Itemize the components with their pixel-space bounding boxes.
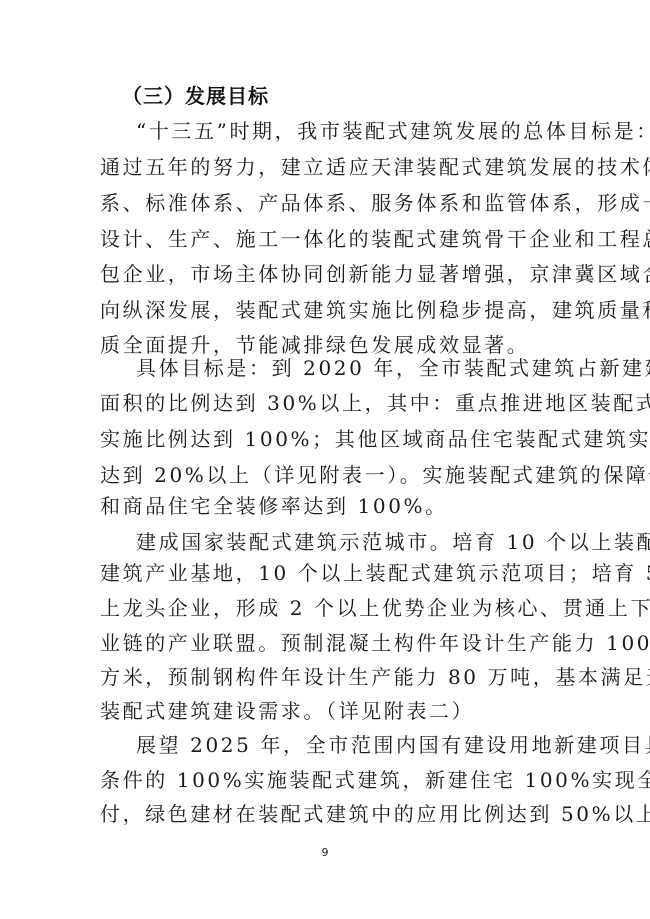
text-line: 系、标准体系、产品体系、服务体系和监管体系，形成一批 [100, 188, 552, 218]
text-line: 面积的比例达到 30%以上，其中：重点推进地区装配式建筑 [100, 388, 552, 418]
text-line: “十三五”时期，我市装配式建筑发展的总体目标是： [136, 116, 551, 146]
text-line: 设计、生产、施工一体化的装配式建筑骨干企业和工程总承 [100, 224, 552, 254]
text-line: 建筑产业基地，10 个以上装配式建筑示范项目；培育 5 家以 [100, 558, 552, 588]
text-line: 包企业，市场主体协同创新能力显著增强，京津冀区域合作 [100, 259, 552, 289]
page-number: 9 [315, 846, 335, 859]
text-line: 具体目标是：到 2020 年，全市装配式建筑占新建建筑 [136, 353, 551, 383]
section-heading: （三）发展目标 [122, 81, 269, 111]
text-line: 方米，预制钢构件年设计生产能力 80 万吨，基本满足天津 [100, 662, 552, 692]
text-line: 上龙头企业，形成 2 个以上优势企业为核心、贯通上下游产 [100, 593, 552, 623]
text-line: 装配式建筑建设需求。（详见附表二） [100, 696, 560, 726]
text-line: 向纵深发展，装配式建筑实施比例稳步提高，建筑质量和品 [100, 295, 552, 325]
text-line: 条件的 100%实施装配式建筑，新建住宅 100%实现全装修交 [100, 765, 552, 795]
text-line: 付，绿色建材在装配式建筑中的应用比例达到 50%以上。积 [100, 799, 552, 829]
text-line: 建成国家装配式建筑示范城市。培育 10 个以上装配式 [136, 527, 551, 557]
text-line: 和商品住宅全装修率达到 100%。 [100, 491, 560, 521]
text-line: 达到 20%以上（详见附表一）。实施装配式建筑的保障性住房 [100, 460, 552, 490]
text-line: 业链的产业联盟。预制混凝土构件年设计生产能力 100 万立 [100, 628, 552, 658]
text-line: 实施比例达到 100%；其他区域商品住宅装配式建筑实施比例 [100, 424, 552, 454]
text-line: 展望 2025 年，全市范围内国有建设用地新建项目具备 [136, 730, 551, 760]
document-page: （三）发展目标 “十三五”时期，我市装配式建筑发展的总体目标是： 通过五年的努力… [0, 0, 650, 919]
text-line: 通过五年的努力，建立适应天津装配式建筑发展的技术体 [100, 152, 552, 182]
